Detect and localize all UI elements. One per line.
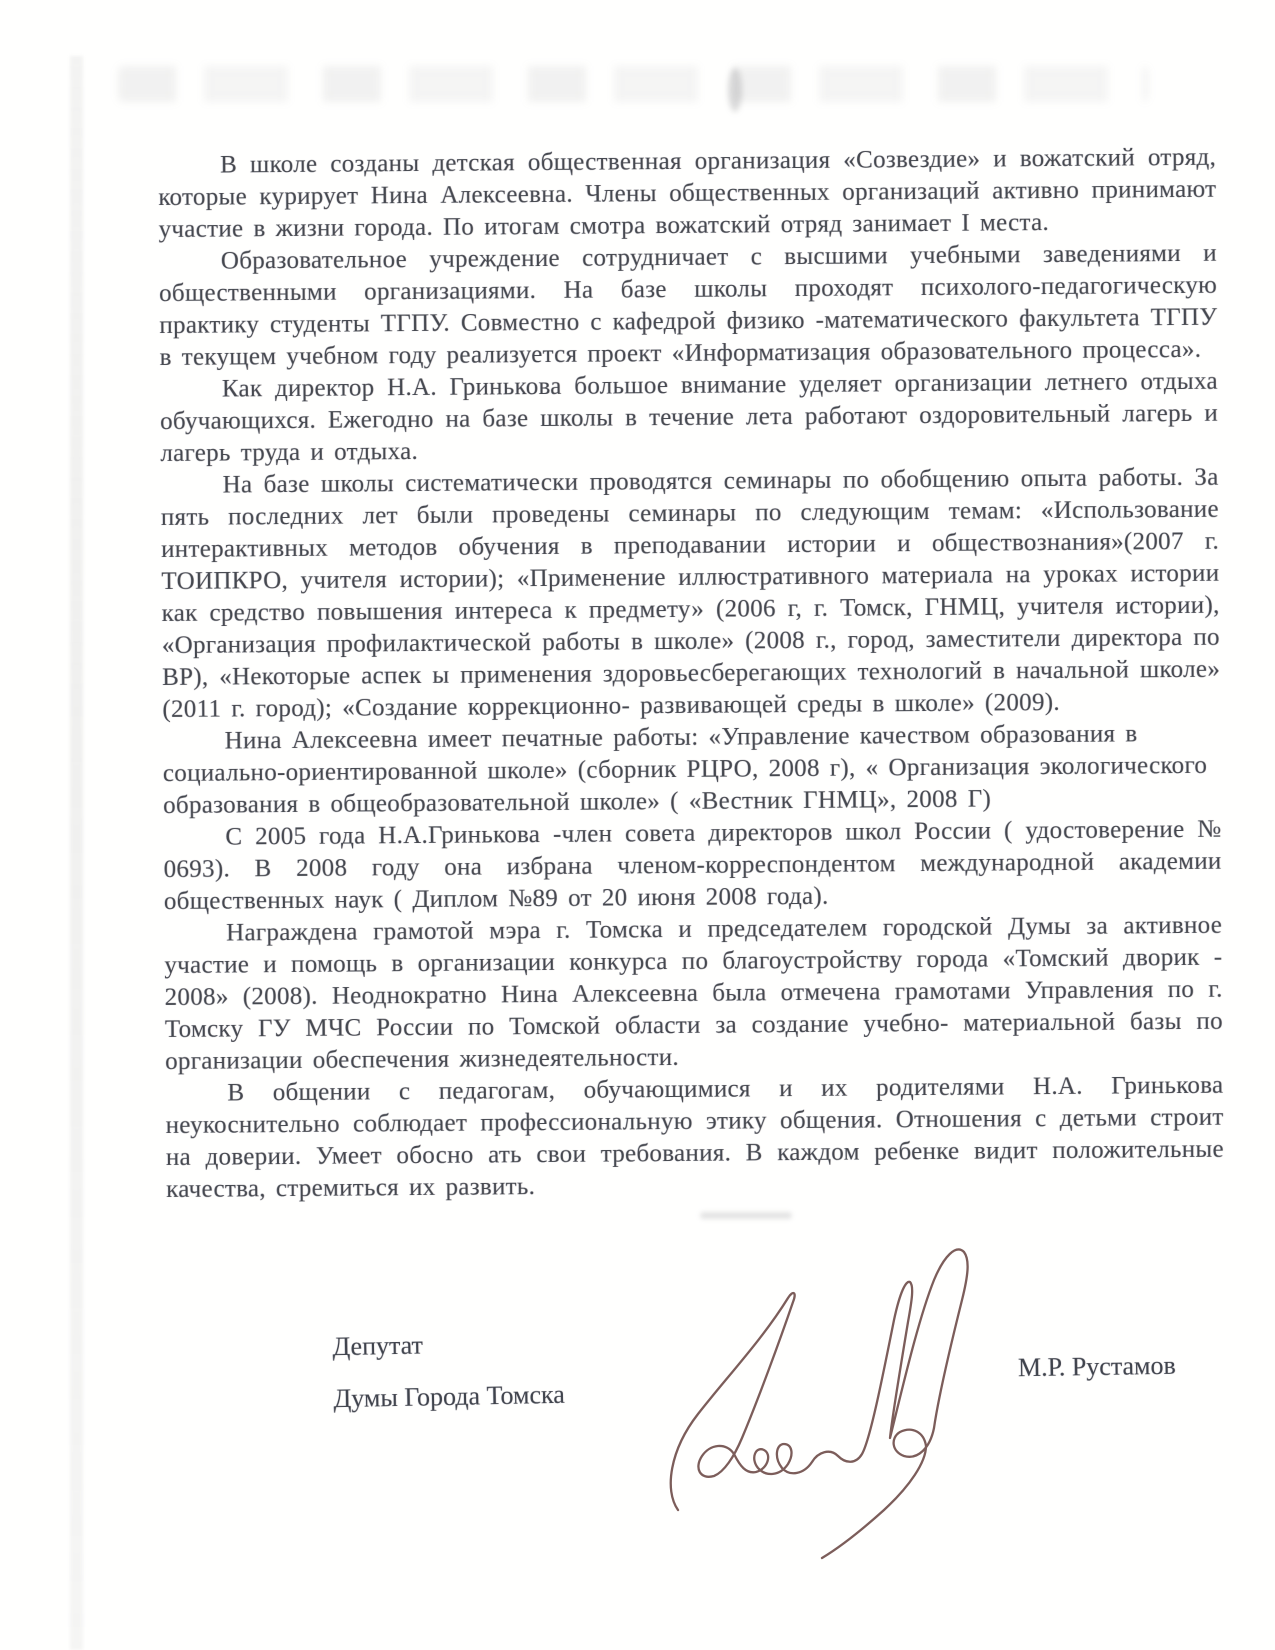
paragraph: Награждена грамотой мэра г. Томска и пре… xyxy=(164,910,1223,1078)
document-body: В школе созданы детская общественная орг… xyxy=(158,142,1224,1206)
scan-artifact-left-edge-line xyxy=(70,56,83,1650)
paragraph: Как директор Н.А. Гринькова большое вним… xyxy=(160,366,1219,470)
scan-artifact-header-smudge xyxy=(728,68,742,112)
handwritten-signature-icon xyxy=(650,1180,990,1580)
signature-title-block: Депутат Думы Города Томска xyxy=(332,1328,565,1414)
paragraph: На базе школы систематически проводятся … xyxy=(161,462,1221,726)
paragraph: Образовательное учреждение сотрудничает … xyxy=(159,238,1218,374)
signatory-name: М.Р. Рустамов xyxy=(1018,1351,1176,1383)
signatory-position-line1: Депутат xyxy=(332,1328,564,1362)
paragraph: В школе созданы детская общественная орг… xyxy=(158,142,1217,246)
scan-artifact-header-ghost xyxy=(118,66,1148,102)
handwritten-signature-path xyxy=(671,1250,968,1558)
signatory-position-line2: Думы Города Томска xyxy=(333,1380,565,1414)
paragraph: Нина Алексеевна имеет печатные работы: «… xyxy=(163,718,1222,822)
page: В школе созданы детская общественная орг… xyxy=(0,0,1275,1650)
paragraph: С 2005 года Н.А.Гринькова -член совета д… xyxy=(163,814,1222,918)
